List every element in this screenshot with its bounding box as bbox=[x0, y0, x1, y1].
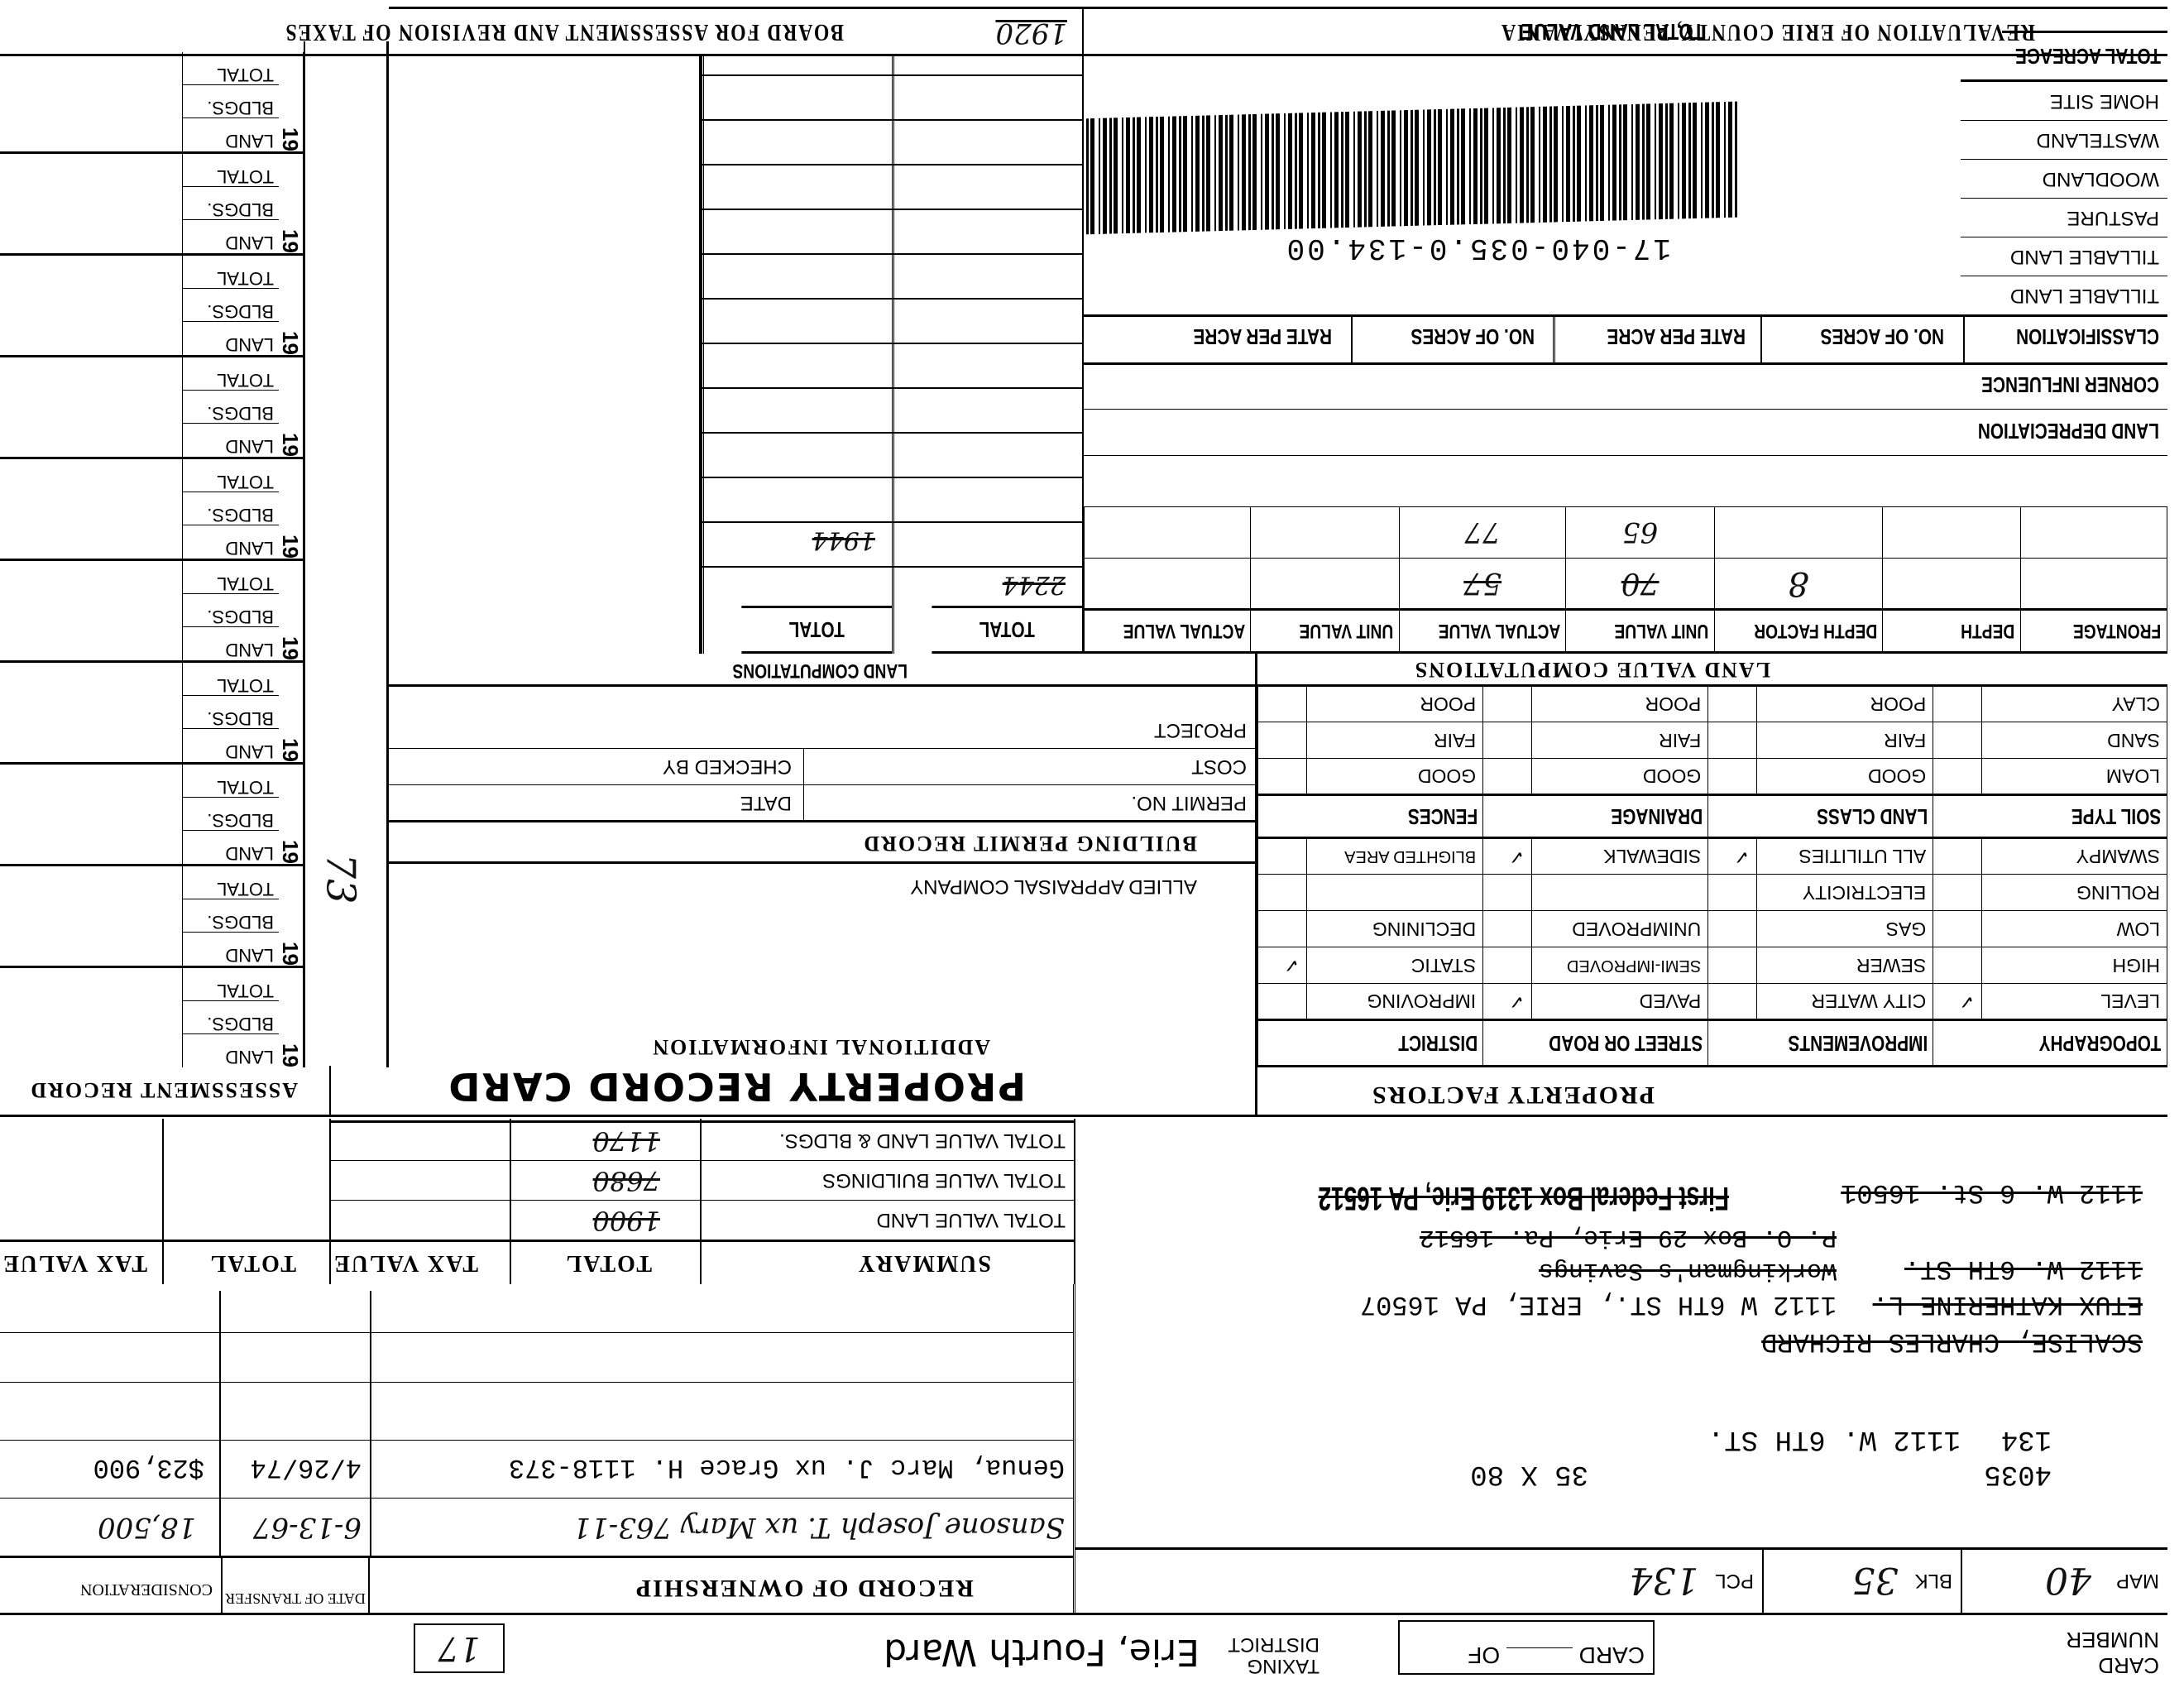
land-computations-label-cell: LAND COMPUTATIONS bbox=[389, 654, 1257, 687]
assessment-label-bldgs: BLDGS. bbox=[182, 695, 279, 729]
owner-line: 1112 W. 6TH ST. bbox=[1904, 1254, 2143, 1284]
factor-label: GOOD bbox=[1531, 759, 1707, 795]
checkbox[interactable] bbox=[1933, 722, 1982, 759]
summary-extra-header: TOTAL TAX VALUE bbox=[0, 1240, 329, 1284]
checkbox[interactable] bbox=[1258, 722, 1307, 759]
assessment-label-bldgs: BLDGS. bbox=[182, 288, 279, 322]
property-dimensions: 35 X 80 bbox=[1470, 1458, 1588, 1489]
assessment-label-bldgs: BLDGS. bbox=[182, 390, 279, 424]
unit-value[interactable]: 70 bbox=[1566, 559, 1714, 610]
summary-total: 1170 bbox=[593, 1125, 660, 1157]
divider bbox=[1255, 1066, 1257, 1115]
assessment-block: 19 LAND BLDGS. TOTAL bbox=[0, 253, 304, 355]
summary-header: SUMMARY TOTAL TAX VALUE bbox=[329, 1240, 1074, 1284]
land-computations-section: TOTAL 2244 TOTAL 1944 bbox=[389, 56, 1084, 654]
divider bbox=[162, 1119, 164, 1284]
assessment-block: 19 LAND BLDGS. TOTAL bbox=[0, 52, 304, 151]
ownership-row bbox=[0, 1332, 1073, 1382]
land-value-table: FRONTAGE DEPTH DEPTH FACTOR UNIT VALUE A… bbox=[1084, 506, 2167, 654]
classification-header: CLASSIFICATION NO. OF ACRES RATE PER ACR… bbox=[1084, 314, 2167, 362]
number-label: NUMBER bbox=[2066, 1627, 2159, 1652]
checkbox[interactable] bbox=[1933, 838, 1982, 875]
assessment-label-total: TOTAL bbox=[182, 52, 279, 85]
land-depreciation-row: LAND DEPRECIATION bbox=[1084, 409, 2167, 455]
card-label: CARD bbox=[2066, 1652, 2159, 1678]
assessment-label-land: LAND bbox=[182, 830, 279, 864]
classification-list: TILLABLE LAND TILLABLE LAND PASTURE WOOD… bbox=[1961, 31, 2167, 314]
factor-label: POOR bbox=[1531, 686, 1707, 722]
summary-label: TOTAL VALUE BUILDINGS bbox=[822, 1168, 1066, 1192]
checkbox[interactable] bbox=[1708, 875, 1757, 911]
pcl-label: PCL bbox=[1715, 1569, 1754, 1592]
permit-cost-label: COST bbox=[1191, 755, 1247, 778]
assessment-label-land: LAND bbox=[182, 525, 279, 559]
summary-total: 7680 bbox=[593, 1165, 660, 1196]
depth-factor-value[interactable]: 8 bbox=[1714, 559, 1882, 610]
land-value-row: 65 77 bbox=[1085, 507, 2167, 559]
factor-row: CLAY POOR POOR POOR bbox=[1258, 686, 2167, 722]
divider bbox=[386, 861, 1255, 864]
assessment-label-land: LAND bbox=[182, 423, 279, 457]
stamp-address: First Federal Box 1319 Erie, PA 16512 bbox=[1319, 1179, 1729, 1216]
frontage-value[interactable] bbox=[2020, 559, 2167, 610]
assessment-label-land: LAND bbox=[182, 626, 279, 660]
col-no-of-acres-2: NO. OF ACRES bbox=[1411, 324, 1535, 349]
assessment-label-total: TOTAL bbox=[182, 968, 279, 1001]
divider bbox=[510, 1119, 511, 1284]
assessment-year-col bbox=[304, 41, 386, 1067]
assessment-label-total: TOTAL bbox=[182, 663, 279, 696]
pcl-value: 134 bbox=[1629, 1560, 1698, 1602]
year-prefix: 19 bbox=[278, 154, 304, 253]
divider bbox=[1082, 7, 1084, 56]
class-home-site: HOME SITE bbox=[1961, 79, 2167, 120]
col-rate-per-acre-2: RATE PER ACRE bbox=[1193, 324, 1332, 349]
checkbox[interactable] bbox=[1933, 875, 1982, 911]
col-rate-per-acre: RATE PER ACRE bbox=[1607, 324, 1746, 349]
assessment-label-land: LAND bbox=[182, 321, 279, 355]
divider bbox=[1963, 314, 1965, 362]
permit-no-label: PERMIT NO. bbox=[1131, 791, 1247, 814]
divider bbox=[1553, 314, 1555, 362]
year-prefix: 19 bbox=[278, 52, 304, 151]
factor-row: LOW GAS UNIMPROVED DECLINING bbox=[1258, 911, 2167, 947]
col-frontage: FRONTAGE bbox=[2050, 610, 2167, 653]
divider bbox=[0, 54, 2167, 56]
additional-info-section: ADDITIONAL INFORMATION ALLIED APPRAISAL … bbox=[389, 687, 1257, 1067]
divider bbox=[1351, 314, 1353, 362]
col-actual-value-2: ACTUAL VALUE bbox=[1118, 610, 1251, 653]
col-district: DISTRICT bbox=[1303, 1020, 1483, 1067]
col-depth-factor: DEPTH FACTOR bbox=[1748, 610, 1883, 653]
assessment-label-land: LAND bbox=[182, 932, 279, 966]
factor-label: CITY WATER bbox=[1756, 984, 1933, 1020]
assessment-label-bldgs: BLDGS. bbox=[182, 899, 279, 933]
ownership-section: RECORD OF OWNERSHIP DATE OF TRANSFER CON… bbox=[0, 1284, 1075, 1615]
assessment-label-total: TOTAL bbox=[182, 357, 279, 391]
owner-line: P. O. Box 29 Erie, Pa. 16512 bbox=[1420, 1223, 1837, 1251]
factor-label: SWAMPY bbox=[1981, 838, 2167, 875]
corner-influence-label: CORNER INFLUENCE bbox=[1981, 372, 2159, 397]
factor-label: GAS bbox=[1756, 911, 1933, 947]
factor-label: LOW bbox=[1981, 911, 2167, 947]
appraisal-company: ALLIED APPRAISAL COMPANY bbox=[910, 875, 1197, 898]
barcode-number: 17-040-035.0-134.00 bbox=[1084, 231, 1671, 265]
land-computations-blank bbox=[387, 56, 702, 654]
col-land-class: LAND CLASS bbox=[1753, 795, 1933, 838]
land-value-title: LAND VALUE COMPUTATIONS bbox=[1414, 657, 1770, 682]
ownership-row: Genua, Marc J. ux Grace H. 1118-373 4/26… bbox=[0, 1440, 1073, 1498]
factor-label: SIDEWALK bbox=[1531, 838, 1707, 875]
summary-extra: TOTAL TAX VALUE bbox=[0, 1119, 331, 1284]
checkbox[interactable] bbox=[1483, 911, 1532, 947]
assessment-label-bldgs: BLDGS. bbox=[182, 492, 279, 525]
assessment-record: 73 19 LAND BLDGS. TOTAL 19 LAND BLDGS. T… bbox=[0, 41, 389, 1067]
factor-row: LOAM GOOD GOOD GOOD bbox=[1258, 759, 2167, 795]
col-unit-value-2: UNIT VALUE bbox=[1281, 610, 1400, 653]
year-prefix: 19 bbox=[278, 866, 304, 966]
land-computations-total-1: TOTAL bbox=[932, 606, 1082, 654]
factor-label: GOOD bbox=[1306, 759, 1482, 795]
factor-label: POOR bbox=[1306, 686, 1482, 722]
assessment-label-total: TOTAL bbox=[182, 866, 279, 899]
property-code: 4035 bbox=[1984, 1458, 2052, 1489]
checkbox[interactable] bbox=[1258, 686, 1307, 722]
land-computations-total-2: TOTAL bbox=[741, 606, 892, 654]
checkbox[interactable] bbox=[1483, 875, 1532, 911]
factor-label: CLAY bbox=[1981, 686, 2167, 722]
assessment-label-total: TOTAL bbox=[182, 256, 279, 289]
actual-value[interactable]: 77 bbox=[1399, 507, 1565, 559]
assessment-label-bldgs: BLDGS. bbox=[182, 797, 279, 831]
summary-label: TOTAL VALUE LAND & BLDGS. bbox=[779, 1129, 1066, 1152]
owner-line: 1112 W 6TH ST., ERIE, PA 16507 bbox=[1360, 1289, 1837, 1320]
factor-label: ROLLING bbox=[1981, 875, 2167, 911]
factor-label: STATIC bbox=[1306, 947, 1482, 984]
checkbox[interactable] bbox=[1258, 984, 1307, 1020]
blk-value: 35 bbox=[1852, 1560, 1899, 1602]
checkbox[interactable] bbox=[1933, 947, 1982, 984]
owner-line: Workingman's Savings bbox=[1539, 1256, 1837, 1284]
check-icon[interactable]: ✓ bbox=[1258, 947, 1307, 984]
ruled-lines bbox=[702, 56, 1082, 611]
ownership-col-consideration: CONSIDERATION bbox=[80, 1580, 213, 1599]
factor-row: SWAMPY ALL UTILITIES ✓ SIDEWALK ✓ BLIGHT… bbox=[1258, 838, 2167, 875]
check-icon[interactable]: ✓ bbox=[1483, 984, 1532, 1020]
factor-label: LEVEL bbox=[1981, 984, 2167, 1020]
col-actual-value: ACTUAL VALUE bbox=[1433, 610, 1566, 653]
factor-label: HIGH bbox=[1981, 947, 2167, 984]
col-topography: TOPOGRAPHY bbox=[1980, 1020, 2167, 1067]
total-land-value-handwritten: 1920 bbox=[995, 17, 1067, 50]
corner-influence-row: CORNER INFLUENCE bbox=[1084, 362, 2167, 409]
summary-extra-tax-value: TAX VALUE bbox=[2, 1249, 147, 1276]
factor-label: ALL UTILITIES bbox=[1756, 838, 1933, 875]
check-icon[interactable]: ✓ bbox=[1483, 838, 1532, 875]
ownership-col-date: DATE OF TRANSFER bbox=[221, 1556, 370, 1615]
assessment-label-total: TOTAL bbox=[182, 561, 279, 594]
unit-value-2[interactable] bbox=[1251, 559, 1399, 610]
factor-label: SEWER bbox=[1756, 947, 1933, 984]
land-value-row bbox=[1084, 455, 2167, 506]
factor-label: ELECTRICITY bbox=[1756, 875, 1933, 911]
unit-value[interactable]: 65 bbox=[1566, 507, 1714, 559]
summary-col-tax-value: TAX VALUE bbox=[333, 1249, 478, 1276]
permit-row: PROJECT bbox=[386, 712, 1255, 748]
permit-project-label: PROJECT bbox=[1154, 718, 1247, 741]
page-title: PROPERTY RECORD CARD bbox=[447, 1064, 1026, 1109]
summary-row: TOTAL VALUE LAND & BLDGS. 1170 bbox=[329, 1120, 1074, 1160]
summary-table: SUMMARY TOTAL TAX VALUE TOTAL VALUE LAND… bbox=[331, 1119, 1075, 1284]
frontage-value[interactable] bbox=[2020, 507, 2167, 559]
class-tillable-2: TILLABLE LAND bbox=[1961, 237, 2167, 276]
year-prefix: 19 bbox=[278, 459, 304, 559]
factor-label: SAND bbox=[1981, 722, 2167, 759]
col-fences: FENCES bbox=[1303, 795, 1483, 838]
col-street: STREET OR ROAD bbox=[1528, 1020, 1708, 1067]
year-prefix: 19 bbox=[278, 968, 304, 1067]
owner-line: SCALISE, CHARLES RICHARD bbox=[1761, 1326, 2143, 1357]
owner-line: ETUX KATHERINE L. bbox=[1873, 1289, 2143, 1320]
factor-label bbox=[1306, 875, 1482, 911]
assessment-label-bldgs: BLDGS. bbox=[182, 186, 279, 220]
assessment-block: 19 LAND BLDGS. TOTAL bbox=[0, 762, 304, 864]
assessment-label-bldgs: BLDGS. bbox=[182, 84, 279, 118]
ward-box: 17 bbox=[414, 1623, 505, 1673]
divider bbox=[219, 1291, 221, 1556]
col-unit-value: UNIT VALUE bbox=[1596, 610, 1715, 653]
assessment-block: 19 LAND BLDGS. TOTAL bbox=[0, 457, 304, 559]
map-value: 40 bbox=[2045, 1560, 2091, 1602]
factor-label: POOR bbox=[1756, 686, 1933, 722]
checkbox[interactable] bbox=[1258, 875, 1307, 911]
ownership-row: Sansone Joseph T. ux Mary 763-11 6-13-67… bbox=[0, 1498, 1073, 1556]
owner-line: 1112 W. 6 St. 16501 bbox=[1841, 1177, 2143, 1208]
barcode: 17-040-035.0-134.00 bbox=[1084, 110, 1737, 265]
permit-row: COST CHECKED BY bbox=[386, 748, 1255, 784]
col-classification: CLASSIFICATION bbox=[2016, 324, 2159, 349]
summary-row: TOTAL VALUE LAND 1900 bbox=[329, 1200, 1074, 1240]
property-factors-title-row bbox=[1241, 1114, 2167, 1115]
owner-consideration: $23,900 bbox=[93, 1452, 204, 1483]
map-cell: MAP 40 bbox=[1961, 1547, 2167, 1614]
summary-row: TOTAL VALUE BUILDINGS 7680 bbox=[329, 1160, 1074, 1200]
assessment-block: 19 LAND BLDGS. TOTAL bbox=[0, 151, 304, 253]
ward-box-value: 17 bbox=[438, 1629, 481, 1667]
year-prefix: 19 bbox=[278, 357, 304, 457]
assessment-label-total: TOTAL bbox=[182, 765, 279, 798]
assessment-label-land: LAND bbox=[182, 117, 279, 151]
assessment-handwritten-year: 73 bbox=[317, 853, 363, 904]
col-depth: DEPTH bbox=[1910, 610, 2020, 653]
depth-value[interactable] bbox=[1883, 559, 2020, 610]
checkbox[interactable] bbox=[1483, 722, 1532, 759]
unit-value-2[interactable] bbox=[1251, 507, 1399, 559]
property-factors-grid: TOPOGRAPHY IMPROVEMENTS STREET OR ROAD D… bbox=[1257, 685, 2167, 1067]
factor-label: FAIR bbox=[1756, 722, 1933, 759]
actual-value[interactable]: 57 bbox=[1399, 559, 1565, 610]
check-icon[interactable]: ✓ bbox=[1933, 984, 1982, 1020]
permit-row: PERMIT NO. DATE bbox=[386, 784, 1255, 821]
checkbox[interactable] bbox=[1483, 759, 1532, 795]
checkbox[interactable] bbox=[1933, 911, 1982, 947]
assessment-block: 19 LAND BLDGS. TOTAL bbox=[0, 660, 304, 762]
map-label: MAP bbox=[2116, 1569, 2159, 1592]
factor-label: FAIR bbox=[1531, 722, 1707, 759]
assessment-label-land: LAND bbox=[182, 219, 279, 253]
factor-row: LEVEL ✓ CITY WATER PAVED ✓ IMPROVING bbox=[1258, 984, 2167, 1020]
col-no-of-acres: NO. OF ACRES bbox=[1821, 324, 1944, 349]
ownership-header: RECORD OF OWNERSHIP DATE OF TRANSFER CON… bbox=[0, 1556, 1073, 1615]
parcel-number: 134 bbox=[2001, 1423, 2052, 1455]
pcl-cell: PCL 134 bbox=[1489, 1547, 1762, 1614]
class-wasteland: WASTELAND bbox=[1961, 120, 2167, 159]
assessment-block: 19 LAND BLDGS. TOTAL bbox=[0, 355, 304, 457]
factor-label: DECLINING bbox=[1306, 911, 1482, 947]
factor-label: UNIMPROVED bbox=[1531, 911, 1707, 947]
factor-label: PAVED bbox=[1531, 984, 1707, 1020]
checkbox[interactable] bbox=[1708, 984, 1757, 1020]
divider bbox=[329, 1066, 331, 1115]
depth-factor-value[interactable] bbox=[1714, 507, 1882, 559]
ownership-title: RECORD OF OWNERSHIP bbox=[635, 1574, 974, 1602]
divider bbox=[1760, 314, 1762, 362]
col-soil-type: SOIL TYPE bbox=[1980, 795, 2167, 838]
col-improvements: IMPROVEMENTS bbox=[1753, 1020, 1933, 1067]
factor-label bbox=[1531, 875, 1707, 911]
divider bbox=[370, 1291, 371, 1556]
factor-label: LOAM bbox=[1981, 759, 2167, 795]
assessment-label-land: LAND bbox=[182, 1033, 279, 1067]
permit-checked-by-label: CHECKED BY bbox=[663, 755, 792, 778]
taxing-district-value: Erie, Fourth Ward bbox=[884, 1631, 1200, 1673]
land-value-row: 8 70 57 bbox=[1085, 559, 2167, 610]
factor-label: BLIGHTED AREA bbox=[1306, 838, 1482, 875]
factor-label: GOOD bbox=[1756, 759, 1933, 795]
blk-label: BLK bbox=[1915, 1569, 1952, 1592]
factor-row: SAND FAIR FAIR FAIR bbox=[1258, 722, 2167, 759]
assessment-block: 19 LAND BLDGS. TOTAL bbox=[0, 966, 304, 1067]
board-title: BOARD FOR ASSESSMENT AND REVISION OF TAX… bbox=[285, 18, 844, 45]
checkbox[interactable] bbox=[1933, 759, 1982, 795]
checkbox[interactable] bbox=[1708, 686, 1757, 722]
checkbox[interactable] bbox=[1258, 911, 1307, 947]
owner-name: Genua, Marc J. ux Grace H. 1118-373 bbox=[509, 1452, 1065, 1483]
divider bbox=[700, 1119, 702, 1284]
factor-row: HIGH SEWER SEMI-IMPROVED STATIC ✓ bbox=[1258, 947, 2167, 984]
owner-date: 4/26/74 bbox=[251, 1452, 362, 1483]
checkbox[interactable] bbox=[1708, 947, 1757, 984]
check-icon[interactable]: ✓ bbox=[1708, 838, 1757, 875]
class-pasture: PASTURE bbox=[1961, 198, 2167, 237]
barcode-icon bbox=[1084, 102, 1737, 235]
land-depreciation-label: LAND DEPRECIATION bbox=[1978, 418, 2159, 444]
summary-total: 1900 bbox=[593, 1205, 660, 1236]
assessment-label-total: TOTAL bbox=[182, 459, 279, 492]
summary-extra-total: TOTAL bbox=[209, 1249, 296, 1276]
property-address-block: 4035 35 X 80 134 1112 W. 6TH ST. SCALISE… bbox=[1075, 1125, 2167, 1547]
checkbox[interactable] bbox=[1483, 686, 1532, 722]
blk-cell: BLK 35 bbox=[1762, 1547, 1961, 1614]
land-computations-title: LAND COMPUTATIONS bbox=[732, 659, 908, 682]
col-drainage: DRAINAGE bbox=[1528, 795, 1708, 838]
factor-label: FAIR bbox=[1306, 722, 1482, 759]
permit-date-label: DATE bbox=[740, 791, 792, 814]
assessment-label-total: TOTAL bbox=[182, 154, 279, 187]
factor-row: ROLLING ELECTRICITY bbox=[1258, 875, 2167, 911]
taxing-label: TAXING bbox=[1228, 1655, 1319, 1676]
card-of-of-label: OF bbox=[1468, 1642, 1500, 1668]
additional-info-title: ADDITIONAL INFORMATION bbox=[651, 1034, 990, 1059]
year-prefix: 19 bbox=[278, 561, 304, 660]
card-of-box[interactable]: CARD OF bbox=[1398, 1620, 1655, 1675]
ownership-row bbox=[0, 1382, 1073, 1440]
actual-value-2[interactable] bbox=[1085, 507, 1251, 559]
summary-col-total: TOTAL bbox=[565, 1249, 652, 1276]
checkbox[interactable] bbox=[1708, 759, 1757, 795]
property-address: 1112 W. 6TH ST. bbox=[1707, 1423, 1961, 1455]
checkbox[interactable] bbox=[1483, 947, 1532, 984]
permit-title: BUILDING PERMIT RECORD bbox=[862, 831, 1197, 856]
actual-value-2[interactable] bbox=[1085, 559, 1251, 610]
checkbox[interactable] bbox=[1708, 722, 1757, 759]
year-prefix: 19 bbox=[278, 765, 304, 864]
district-label: DISTRICT bbox=[1228, 1633, 1319, 1655]
parcel-row: MAP 40 BLK 35 PCL 134 bbox=[1075, 1547, 2167, 1614]
property-factors-title: PROPERTY FACTORS bbox=[1371, 1081, 1655, 1109]
factor-label: IMPROVING bbox=[1306, 984, 1482, 1020]
assessment-label-bldgs: BLDGS. bbox=[182, 593, 279, 627]
checkbox[interactable] bbox=[1708, 911, 1757, 947]
card-of-card-label: CARD bbox=[1579, 1642, 1645, 1668]
owner-date: 6-13-67 bbox=[253, 1511, 362, 1544]
card-number-label: CARD NUMBER bbox=[2066, 1627, 2159, 1678]
property-factors-table: TOPOGRAPHY IMPROVEMENTS STREET OR ROAD D… bbox=[1257, 685, 2167, 1067]
summary-label: TOTAL VALUE LAND bbox=[876, 1208, 1066, 1231]
checkbox[interactable] bbox=[1258, 759, 1307, 795]
checkbox[interactable] bbox=[1933, 686, 1982, 722]
summary-title: SUMMARY bbox=[857, 1249, 991, 1276]
assessment-block: 19 LAND BLDGS. TOTAL bbox=[0, 864, 304, 966]
assessment-blocks: 19 LAND BLDGS. TOTAL 19 LAND BLDGS. TOTA… bbox=[0, 52, 304, 1067]
class-tillable-1: TILLABLE LAND bbox=[1961, 276, 2167, 314]
owner-name: Sansone Joseph T. ux Mary 763-11 bbox=[572, 1511, 1065, 1544]
year-prefix: 19 bbox=[278, 663, 304, 762]
assessment-label-bldgs: BLDGS. bbox=[182, 1000, 279, 1034]
property-record-card: CARD NUMBER CARD OF TAXING DISTRICT Erie… bbox=[0, 0, 2184, 1688]
assessment-block: 19 LAND BLDGS. TOTAL bbox=[0, 559, 304, 660]
owner-consideration: 18,500 bbox=[98, 1511, 196, 1544]
summary-section: SUMMARY TOTAL TAX VALUE TOTAL VALUE LAND… bbox=[0, 1119, 1075, 1284]
class-woodland: WOODLAND bbox=[1961, 159, 2167, 198]
year-prefix: 19 bbox=[278, 256, 304, 355]
revaluation-title: REVALUATION OF ERIE COUNTY, PENNSYLVANIA bbox=[1500, 18, 2035, 45]
depth-value[interactable] bbox=[1883, 507, 2020, 559]
assessment-title: ASSESSMENT RECORD bbox=[29, 1077, 298, 1102]
assessment-label-land: LAND bbox=[182, 728, 279, 762]
checkbox[interactable] bbox=[1258, 838, 1307, 875]
taxing-district-label: TAXING DISTRICT bbox=[1228, 1633, 1319, 1676]
factor-label: SEMI-IMPROVED bbox=[1531, 947, 1707, 984]
